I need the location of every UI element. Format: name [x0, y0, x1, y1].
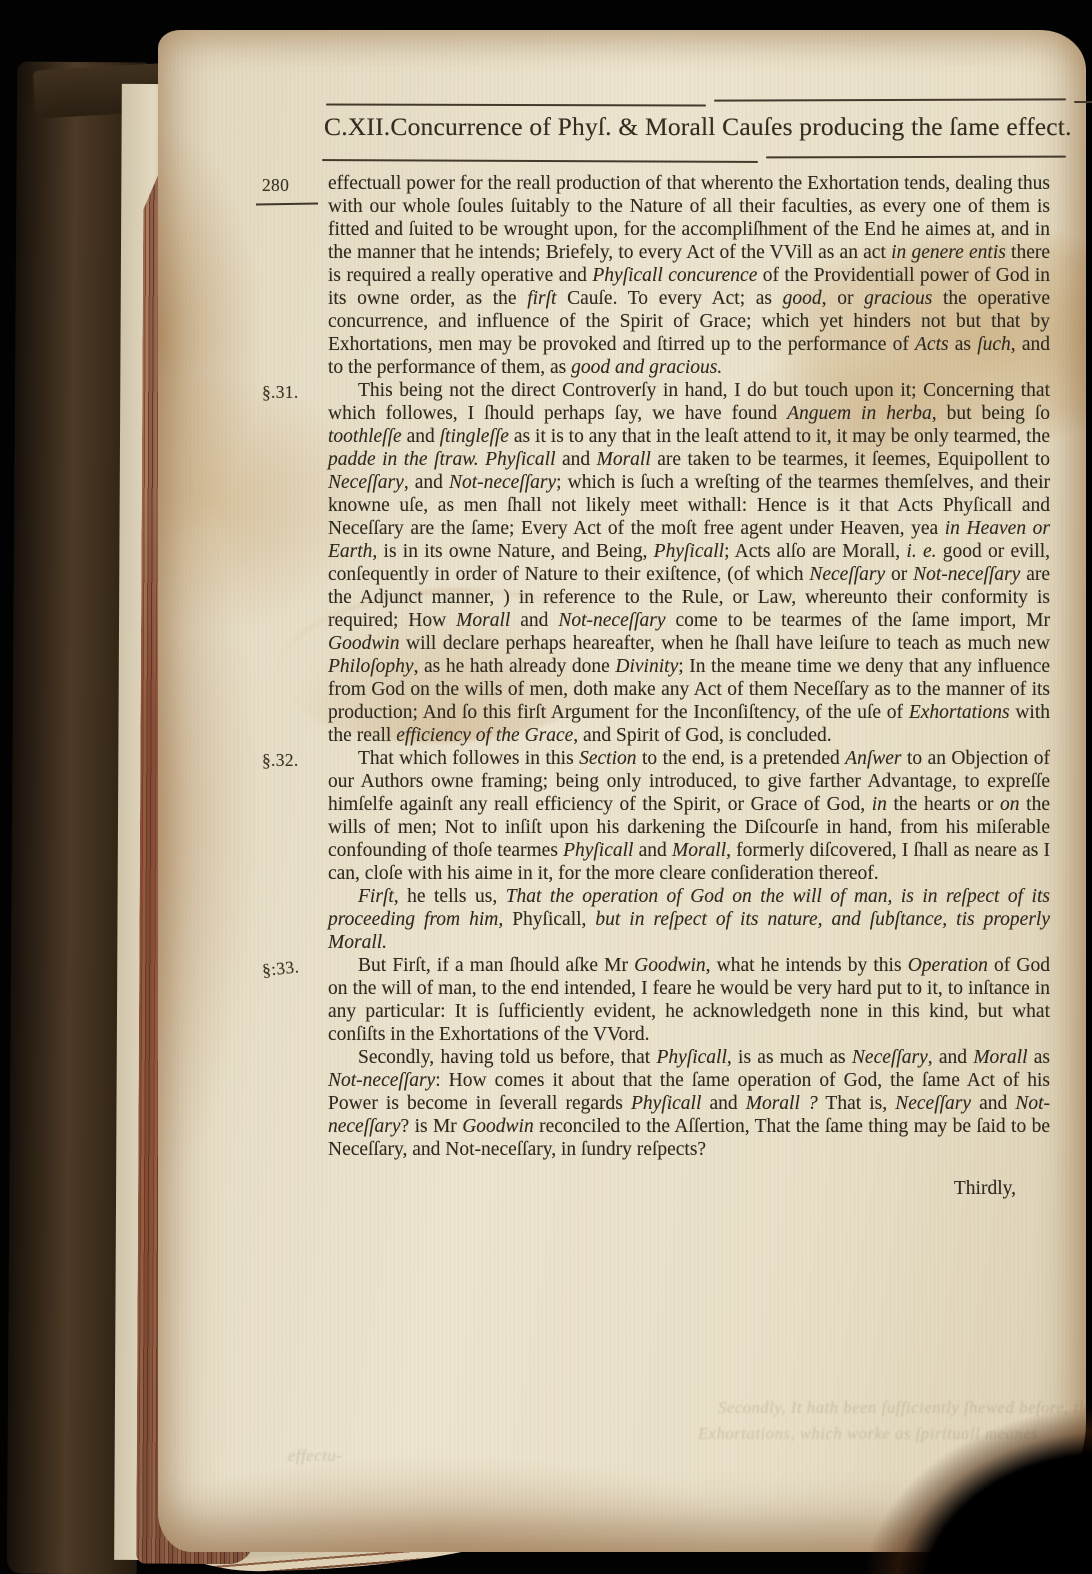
text-segment: and: [556, 449, 597, 470]
header-rule-top: [1074, 101, 1092, 103]
book-photograph: C.XII.Concurrence of Phyſ. & Morall Cauſ…: [0, 0, 1092, 1574]
text-segment: Not-neceſſary: [913, 564, 1020, 585]
text-segment: Anguem in herba: [787, 403, 932, 424]
paragraph-3: §.32.That which followes in this Section…: [328, 747, 1050, 885]
text-segment: That which followes in this: [358, 748, 579, 769]
text-segment: as it is to any that in the leaſt attend…: [509, 426, 1050, 447]
text-segment: gracious: [864, 288, 932, 309]
text-segment: or: [885, 564, 913, 585]
margin-section-note: §:33.: [261, 953, 323, 982]
text-segment: and: [510, 610, 558, 631]
text-segment: Morall: [973, 1047, 1027, 1068]
show-through-text: effectu-: [288, 1446, 342, 1466]
text-segment: Not-neceſſary: [328, 1070, 435, 1091]
text-segment: Phyſicall: [656, 1047, 726, 1068]
page-number-rule: [256, 202, 318, 205]
text-segment: and: [971, 1093, 1015, 1114]
text-segment: Goodwin: [462, 1116, 534, 1137]
text-segment: Neceſſary: [328, 472, 404, 493]
text-segment: Firſt: [358, 886, 394, 907]
text-segment: Neceſſary: [852, 1047, 928, 1068]
text-segment: to the end, is a pretended: [637, 748, 846, 769]
text-segment: Phyſicall: [654, 541, 724, 562]
text-segment: , what he intends by this: [706, 955, 908, 976]
text-segment: toothleſſe: [328, 426, 402, 447]
text-segment: ſuch: [977, 334, 1011, 355]
text-segment: , but being ſo: [932, 403, 1050, 424]
page-curl-shadow: [766, 1318, 1092, 1574]
text-segment: Goodwin: [328, 633, 400, 654]
text-segment: But Firſt, if a man ſhould aſke Mr: [358, 955, 634, 976]
text-segment: ? is Mr: [401, 1116, 463, 1137]
text-segment: in genere entis: [891, 242, 1006, 263]
text-segment: efficiency of the Grace: [396, 725, 573, 746]
text-segment: Secondly, having told us before, that: [358, 1047, 656, 1068]
margin-section-note: §.31.: [262, 381, 322, 404]
text-segment: Phyſicall: [563, 840, 633, 861]
text-segment: good: [783, 288, 822, 309]
text-segment: , is in its owne Nature, and Being,: [372, 541, 653, 562]
text-segment: i. e.: [906, 541, 936, 562]
text-segment: Not-neceſſary: [449, 472, 556, 493]
header-rule-bottom: [766, 156, 1066, 159]
text-segment: Philoſophy: [328, 656, 414, 677]
text-segment: Phyſicall,: [503, 909, 595, 930]
text-segment: Goodwin: [634, 955, 706, 976]
margin-section-note: §.32.: [262, 749, 322, 772]
text-segment: Phyſicall: [631, 1093, 701, 1114]
text-segment: on: [1000, 794, 1020, 815]
text-segment: will declare perhaps heareafter, when he…: [400, 633, 1050, 654]
text-segment: Phyſicall concurence: [592, 265, 757, 286]
text-segment: Section: [579, 748, 636, 769]
text-segment: Not-neceſſary: [558, 610, 665, 631]
text-segment: firſt: [527, 288, 556, 309]
text-segment: Morall: [456, 610, 510, 631]
body-text: 280effectuall power for the reall produc…: [328, 172, 1050, 1200]
text-segment: Phyſicall: [485, 449, 555, 470]
text-segment: as: [949, 334, 978, 355]
text-segment: , and: [928, 1047, 974, 1068]
text-segment: , as he hath already done: [414, 656, 616, 677]
text-segment: Cauſe. To every Act; as: [556, 288, 782, 309]
text-segment: Morall: [672, 840, 726, 861]
text-segment: are taken to be tearmes, it ſeemes, Equi…: [651, 449, 1050, 470]
text-segment: and: [701, 1093, 745, 1114]
paragraph-2: §.31.This being not the direct Controver…: [328, 379, 1050, 747]
paragraph-1: 280effectuall power for the reall produc…: [328, 172, 1050, 379]
text-segment: padde in the ſtraw.: [328, 449, 479, 470]
text-segment: Neceſſary: [809, 564, 885, 585]
text-segment: Exhortations: [909, 702, 1010, 723]
text-segment: the hearts or: [887, 794, 1000, 815]
text-segment: Acts: [915, 334, 949, 355]
header-rule-top: [714, 98, 1066, 101]
text-segment: Operation: [908, 955, 988, 976]
header-rule-bottom: [322, 159, 758, 163]
text-segment: come to be tearmes of the ſame import, M…: [666, 610, 1050, 631]
text-segment: Neceſſary: [895, 1093, 971, 1114]
paragraph-6: Secondly, having told us before, that Ph…: [328, 1046, 1050, 1161]
text-segment: as: [1027, 1047, 1050, 1068]
paragraph-5: §:33.But Firſt, if a man ſhould aſke Mr …: [328, 954, 1050, 1046]
text-segment: Anſwer: [845, 748, 901, 769]
header-rule-top: [326, 104, 706, 107]
text-segment: ; Acts alſo are Morall,: [724, 541, 906, 562]
text-segment: , or: [822, 288, 864, 309]
text-segment: , and: [404, 472, 449, 493]
page-number: 280: [262, 174, 322, 205]
paragraph-4: Firſt, he tells us, That the operation o…: [328, 885, 1050, 954]
text-segment: ſtingleſſe: [440, 426, 509, 447]
running-header: C.XII.Concurrence of Phyſ. & Morall Cauſ…: [324, 112, 1054, 142]
text-segment: and: [633, 840, 671, 861]
text-segment: Morall: [597, 449, 651, 470]
text-segment: , he tells us,: [394, 886, 506, 907]
text-segment: and: [402, 426, 440, 447]
text-segment: That is,: [818, 1093, 896, 1114]
text-segment: , and Spirit of God, is concluded.: [573, 725, 831, 746]
text-segment: Morall ?: [746, 1093, 818, 1114]
text-segment: , is as much as: [727, 1047, 852, 1068]
catchword: Thirdly,: [328, 1177, 1050, 1200]
text-segment: in: [872, 794, 887, 815]
text-segment: good and gracious.: [571, 357, 722, 378]
text-segment: Divinity: [615, 656, 678, 677]
